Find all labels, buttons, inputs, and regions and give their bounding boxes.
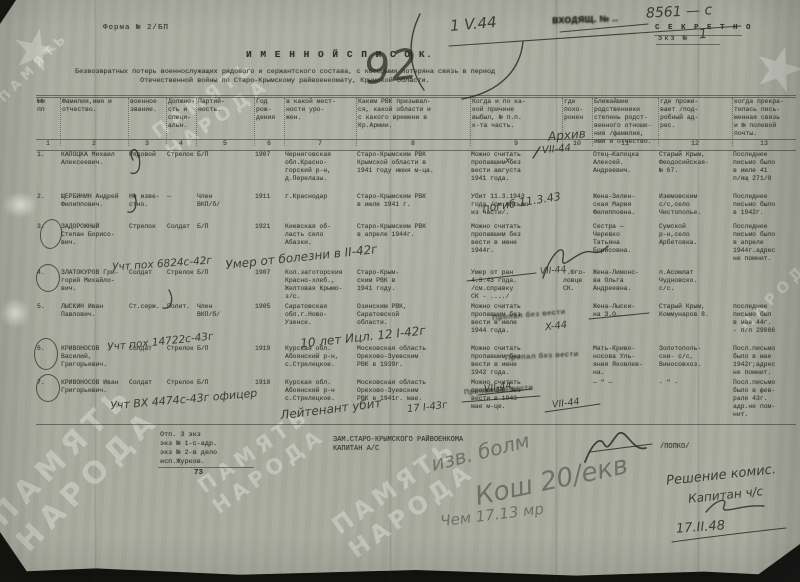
table-cell: 1911	[254, 193, 284, 223]
handwritten-date-top: 1 V.44	[449, 13, 497, 35]
table-cell: Старо-Крымским РВК в июле 1941 г.	[356, 193, 470, 223]
column-number: 7	[284, 140, 356, 149]
strike-line	[560, 24, 648, 32]
subtitle-line-1: Безвозвратных потерь военнослужащих рядо…	[75, 68, 495, 76]
column-number: 13	[732, 140, 796, 149]
table-cell: Жена-Лыски- на З.О.	[592, 303, 658, 345]
torn-corner-bottom-left	[0, 532, 34, 582]
table-cell	[562, 193, 592, 223]
incoming-stamp: ВХОДЯЩ. № ..	[552, 13, 618, 25]
table-cell: Стрелок	[166, 269, 196, 303]
table-cell: ЗЛАТОКУРОВ Гри- горий Михайло- вич.	[60, 269, 128, 303]
column-header: Должно- сть и специ- альн.	[166, 98, 196, 146]
table-cell: 1919	[254, 345, 284, 379]
pencil-circle-row6	[34, 338, 58, 370]
copies-number: 73	[194, 469, 203, 477]
table-row: 6.КРИВОНОСОВ Василий, Григорьевич.Солдат…	[36, 345, 796, 379]
decision-date: 17.II.48	[676, 518, 726, 536]
table-cell: Стрелок	[166, 151, 196, 193]
table-cell: Отец—Капоцка Алексей. Андреевич.	[592, 151, 658, 193]
table-cell	[562, 151, 592, 193]
column-header: Фамилия,имя и отчество.	[60, 98, 128, 146]
column-number: 1	[36, 140, 60, 149]
table-cell: Посл.письмо было в мае 1942г;адрес не по…	[732, 345, 796, 379]
table-cell: Последнее письмо было в 1942г.	[732, 193, 796, 223]
table-header-row: №№ ппФамилия,имя и отчество.военное зван…	[36, 98, 796, 139]
table-cell: ЛЫСКИН Иван Павлович.	[60, 303, 128, 345]
column-number: 6	[254, 140, 284, 149]
table-cell: Стрелок	[166, 345, 196, 379]
table-cell: Старый Крым, Коммунаров 8.	[658, 303, 732, 345]
table-cell: Последнее письмо было в июле 41 п/ящ 271…	[732, 151, 796, 193]
table-cell: - " -	[658, 379, 732, 425]
table-cell	[732, 269, 796, 303]
column-header: Ближайшие родственники степень родст- ве…	[592, 98, 658, 146]
table-cell: Не изве- стно.	[128, 193, 166, 223]
table-cell: Кол.заготорския Красно-хлеб., Желтовая К…	[284, 269, 356, 303]
pencil-circle-row4	[36, 264, 60, 292]
table-row: 4.ЗЛАТОКУРОВ Гри- горий Михайло- вич.Сол…	[36, 269, 796, 303]
table-cell: Старо-Крым- ским РВК в 1941 году.	[356, 269, 470, 303]
scan-edge-bottom	[0, 566, 800, 582]
table-cell: Изюмовским с/с,село Чистополье.	[658, 193, 732, 223]
pencil-circle-row7	[36, 374, 60, 402]
table-row: 1.КАПОЦКА Михаил Алексеевич.РядовойСтрел…	[36, 151, 796, 193]
column-header: где прожи- вает /под- робный ад- рес.	[658, 98, 732, 146]
table-cell: ЩЕРБИНИН Андрей Филиппович.	[60, 193, 128, 223]
table-cell: Б/П	[196, 151, 254, 193]
signer-rank: КАПИТАН А/С	[333, 445, 379, 453]
handwritten-row1-mark: х	[505, 156, 510, 166]
scanned-document: ★ ПАМЯТЬ ПАМЯТЬ НАРОДА ★ НАРОДА ПАМЯТЬ Н…	[0, 0, 800, 582]
signer-title: ЗАМ.СТАРО-КРЫМСКОГО РАЙВОЕНКОМА	[333, 436, 463, 444]
handwritten-page-number: 92	[361, 39, 420, 94]
column-header: военное звание.	[128, 98, 166, 146]
table-cell: последнее письмо был в мае 44г. - п/п 29…	[732, 303, 796, 345]
paper-tear	[0, 298, 30, 328]
table-body: 1.КАПОЦКА Михаил Алексеевич.РядовойСтрел…	[36, 151, 796, 425]
column-number-row: 12345678910111213	[36, 140, 796, 149]
column-number: 12	[658, 140, 732, 149]
table-cell: Член ВКП/б/	[196, 193, 254, 223]
table-cell	[562, 223, 592, 269]
table-row: 2.ЩЕРБИНИН Андрей Филиппович.Не изве- ст…	[36, 193, 796, 223]
column-number: 5	[196, 140, 254, 149]
table-cell: Жена-Зелен- ская Мария Филипповна.	[592, 193, 658, 223]
column-number: 2	[60, 140, 128, 149]
column-number: 11	[592, 140, 658, 149]
copy-label: экз №	[658, 35, 689, 43]
table-cell: Можно считать пропавшим без вести в июне…	[470, 223, 562, 269]
signer-name: /ПОПКО/	[660, 443, 689, 451]
table-cell: 1907	[254, 269, 284, 303]
table-cell: п.Асомлат Чудновско. с/с.	[658, 269, 732, 303]
table-cell: Московская область Орехово-Зуевским РВК …	[356, 345, 470, 379]
handwritten-register-number: 8561 — с	[646, 2, 713, 21]
table-cell: г.Краснодар	[284, 193, 356, 223]
table-cell: Можно считать пропавшим без вести август…	[470, 151, 562, 193]
table-cell: —	[166, 193, 196, 223]
archive-star-watermark: ★	[4, 13, 67, 87]
table-cell: Сумской р-н,село Арбетовка.	[658, 223, 732, 269]
table-cell: 1918	[254, 379, 284, 425]
column-number: 4	[166, 140, 196, 149]
table-cell: Рядовой	[128, 151, 166, 193]
table-cell: — " —	[592, 379, 658, 425]
table-cell: Последнее письмо было в апреле 1944г.адр…	[732, 223, 796, 269]
handwritten-copy-number: 1	[698, 27, 708, 43]
table-cell: Мать-Криво- носова Уль- яния Яковлев- на…	[592, 345, 658, 379]
paper-tear	[2, 192, 38, 218]
table-cell: КАПОЦКА Михаил Алексеевич.	[60, 151, 128, 193]
torn-corner-top-left	[0, 0, 16, 24]
column-number: 8	[356, 140, 470, 149]
column-header: в какой мест- ности уро- жен.	[284, 98, 356, 146]
column-header: Каким РВК призывал- ся, какой области и …	[356, 98, 470, 146]
table-cell: 1905	[254, 303, 284, 345]
table-cell: 1907	[254, 151, 284, 193]
column-header: №№ пп	[36, 98, 60, 146]
table-cell: Старо-Крымским РВК Крымской области в 19…	[356, 151, 470, 193]
copies-block: Отп. 3 экз экз № 1-с-адр. экз № 2-в дело…	[160, 431, 217, 467]
table-cell: Курская обл. Абоянский р-н, с.Стрелецкое…	[284, 345, 356, 379]
form-number: Форма № 2/БП	[103, 24, 169, 32]
table-cell: Б/П	[196, 269, 254, 303]
table-cell: Черниговская обл.Красно- горский р-н, д.…	[284, 151, 356, 193]
table-cell: Солдат	[128, 269, 166, 303]
column-header: Партий- ность.	[196, 98, 254, 146]
table-cell: Золотополь- ски- с/с, Виносовхоз.	[658, 345, 732, 379]
column-header: когда прекра- тилась пись- менная связь …	[732, 98, 796, 146]
table-cell: Сестра — Черевко Татьяна Борисовна.	[592, 223, 658, 269]
table-cell: 1.	[36, 151, 60, 193]
table-cell: Б/П	[196, 345, 254, 379]
column-header: Год рож- дения	[254, 98, 284, 146]
table-cell: Жена-Лимонс- ва Ольга Андреевна.	[592, 269, 658, 303]
table-cell: Старый Крым, Феодосийская- № 67.	[658, 151, 732, 193]
table-cell: Посл.письмо было в фев- рале 43г. адр.не…	[732, 379, 796, 425]
column-number: 3	[128, 140, 166, 149]
